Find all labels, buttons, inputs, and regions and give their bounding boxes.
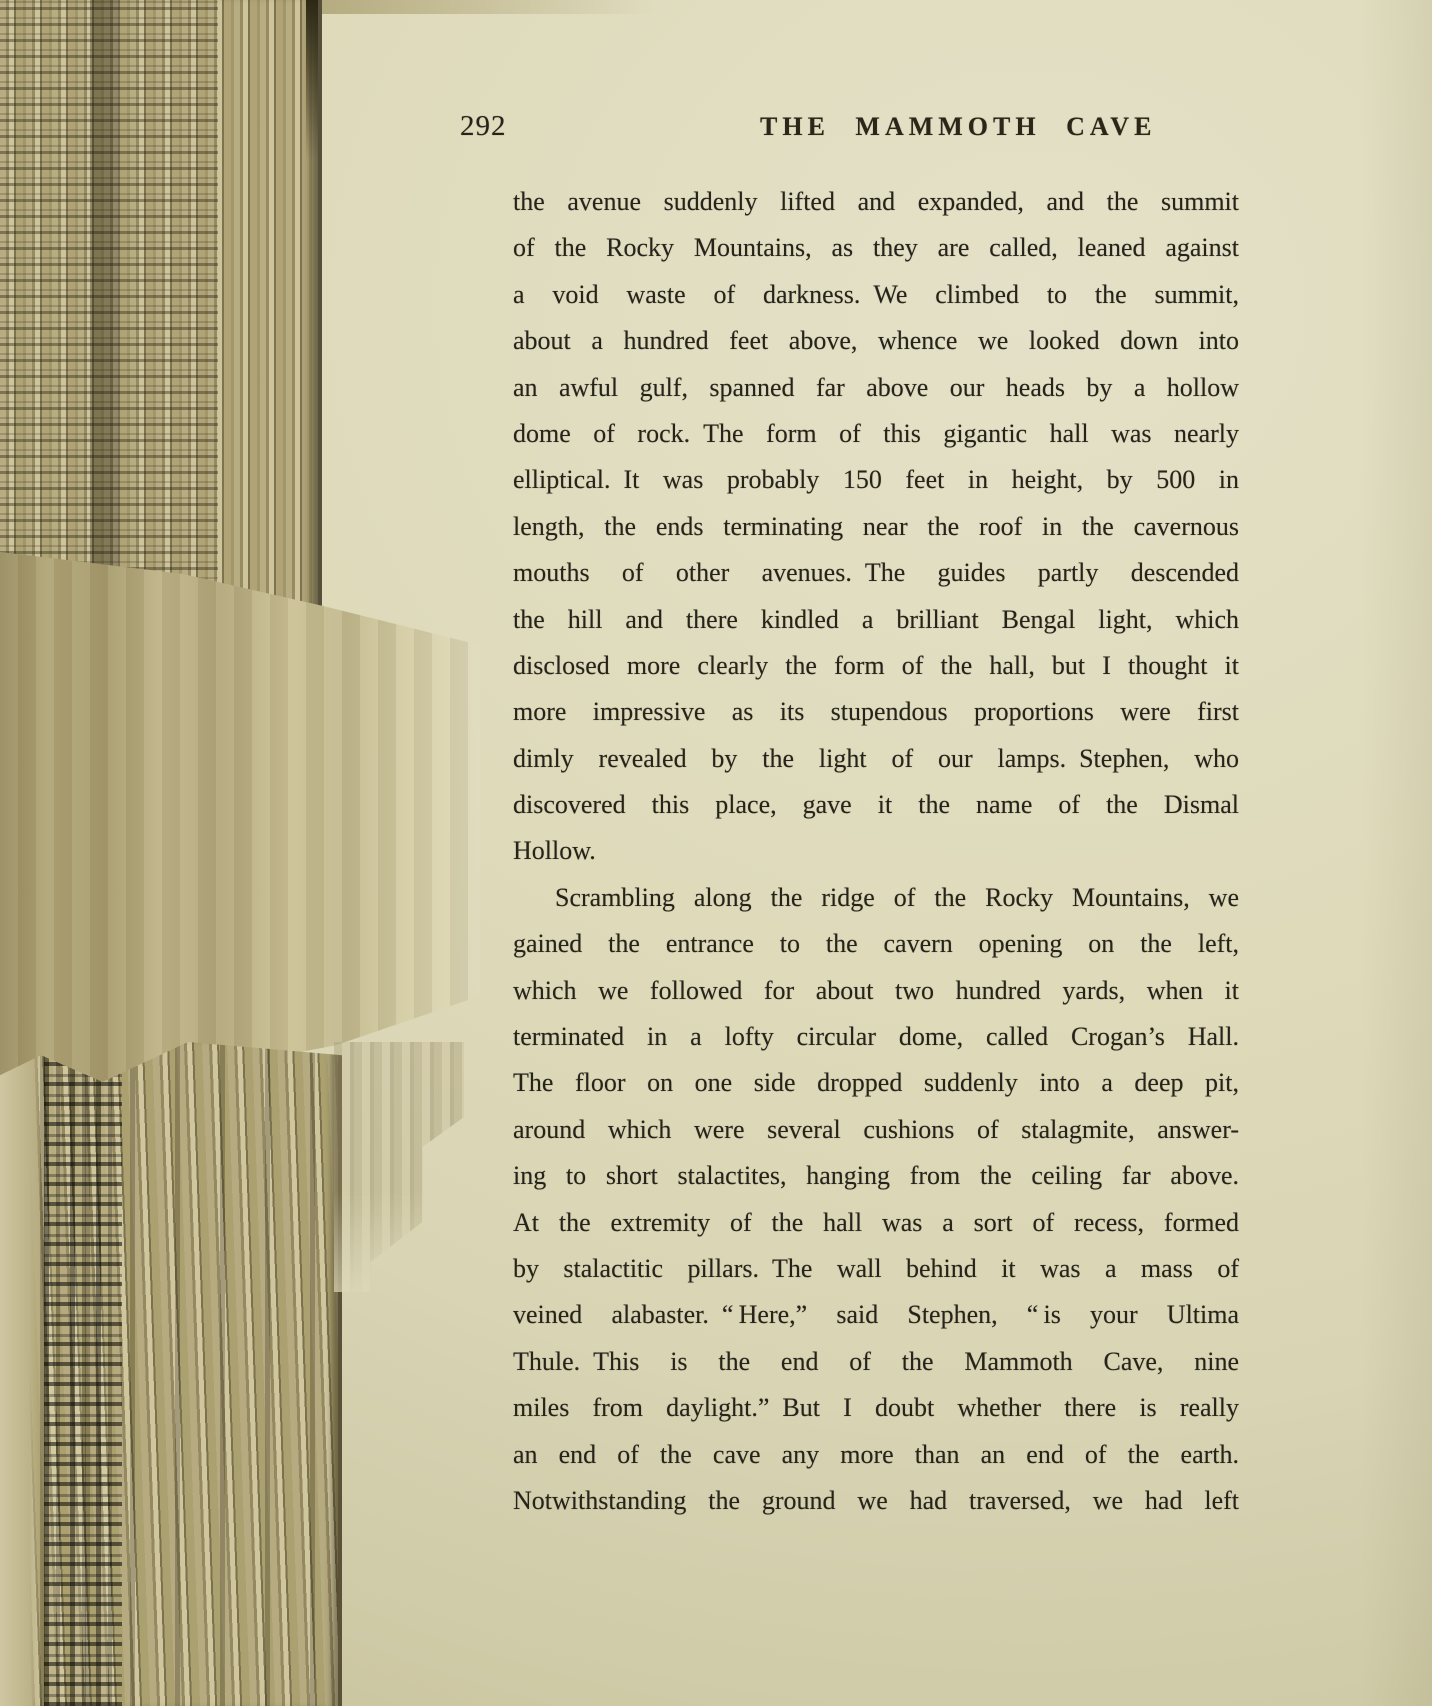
text-line: Notwithstanding the ground we had traver… bbox=[513, 1478, 1239, 1524]
fore-edge-dark-plaid bbox=[44, 1042, 122, 1706]
book-photo: { "colors": { "page_background": "#dedab… bbox=[0, 0, 1432, 1706]
fore-edge-corner-shadow bbox=[306, 0, 318, 160]
book-fore-edge-top bbox=[0, 0, 322, 618]
text-line: mouths of other avenues. The guides part… bbox=[513, 550, 1239, 596]
text-line: the avenue suddenly lifted and expanded,… bbox=[513, 179, 1239, 225]
text-line: Hollow. bbox=[513, 828, 1239, 874]
text-line: At the extremity of the hall was a sort … bbox=[513, 1200, 1239, 1246]
text-line: The floor on one side dropped suddenly i… bbox=[513, 1060, 1239, 1106]
text-line: by stalactitic pillars. The wall behind … bbox=[513, 1246, 1239, 1292]
text-line: veined alabaster. “ Here,” said Stephen,… bbox=[513, 1292, 1239, 1338]
text-line: Thule. This is the end of the Mammoth Ca… bbox=[513, 1339, 1239, 1385]
text-line: which we followed for about two hundred … bbox=[513, 968, 1239, 1014]
text-line: Scrambling along the ridge of the Rocky … bbox=[513, 875, 1239, 921]
text-line: around which were several cushions of st… bbox=[513, 1107, 1239, 1153]
text-line: disclosed more clearly the form of the h… bbox=[513, 643, 1239, 689]
body-text: the avenue suddenly lifted and expanded,… bbox=[513, 179, 1239, 1524]
text-line: terminated in a lofty circular dome, cal… bbox=[513, 1014, 1239, 1060]
text-line: a void waste of darkness. We climbed to … bbox=[513, 272, 1239, 318]
text-line: about a hundred feet above, whence we lo… bbox=[513, 318, 1239, 364]
running-header: THE MAMMOTH CAVE bbox=[760, 112, 1156, 142]
page-number: 292 bbox=[460, 110, 507, 143]
text-line: an end of the cave any more than an end … bbox=[513, 1432, 1239, 1478]
text-line: length, the ends terminating near the ro… bbox=[513, 504, 1239, 550]
fore-edge-light-strip bbox=[0, 1042, 42, 1706]
text-line: dimly revealed by the light of our lamps… bbox=[513, 736, 1239, 782]
book-fore-edge-blur bbox=[0, 552, 480, 1100]
text-line: more impressive as its stupendous propor… bbox=[513, 689, 1239, 735]
text-line: of the Rocky Mountains, as they are call… bbox=[513, 225, 1239, 271]
text-line: miles from daylight.” But I doubt whethe… bbox=[513, 1385, 1239, 1431]
book-fore-edge-bottom bbox=[0, 1042, 342, 1706]
text-line: an awful gulf, spanned far above our hea… bbox=[513, 365, 1239, 411]
text-line: gained the entrance to the cavern openin… bbox=[513, 921, 1239, 967]
text-line: discovered this place, gave it the name … bbox=[513, 782, 1239, 828]
fore-edge-dark-column bbox=[90, 0, 118, 618]
text-line: dome of rock. The form of this gigantic … bbox=[513, 411, 1239, 457]
text-line: elliptical. It was probably 150 feet in … bbox=[513, 457, 1239, 503]
text-line: ing to short stalactites, hanging from t… bbox=[513, 1153, 1239, 1199]
text-line: the hill and there kindled a brilliant B… bbox=[513, 597, 1239, 643]
